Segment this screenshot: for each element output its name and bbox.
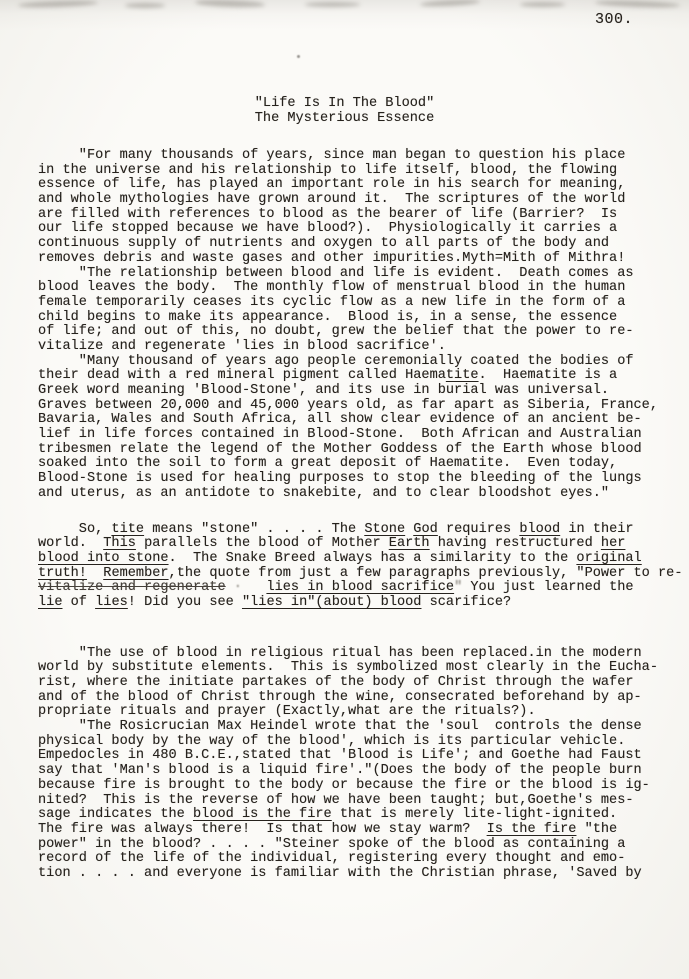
scan-smudge: [305, 2, 360, 7]
text-line: their dead with a red mineral pigment ca…: [38, 369, 682, 384]
text-line: nited? This is the reverse of how we hav…: [38, 794, 682, 809]
text-line: "Many thousand of years ago people cerem…: [38, 355, 682, 370]
text-line: and uterus, as an antidote to snakebite,…: [38, 487, 682, 502]
text-segment: essence of life, has played an important…: [38, 177, 625, 192]
text-line: "The use of blood in religious ritual ha…: [38, 647, 682, 662]
text-segment: parallels the blood of Mother: [136, 536, 389, 551]
text-line: power" in the blood? . . . . "Steiner sp…: [38, 838, 682, 853]
text-line: Empedocles in 480 B.C.E.,stated that 'Bl…: [38, 749, 682, 764]
text-segment: requires: [438, 522, 520, 537]
text-segment: Greek word meaning 'Blood-Stone', and it…: [38, 383, 609, 398]
text-segment: of: [62, 595, 95, 610]
text-segment: continuous supply of nutrients and oxyge…: [38, 236, 609, 251]
text-segment: blood leaves the body. The monthly flow …: [38, 280, 625, 295]
text-segment: of life; and out of this, no doubt, grew…: [38, 324, 634, 339]
underlined-text: blood: [519, 522, 560, 537]
document-subtitle: The Mysterious Essence: [0, 111, 689, 126]
text-line: blood into stone. The Snake Breed always…: [38, 552, 682, 567]
underlined-text: blood into stone: [38, 551, 169, 566]
text-segment: scarifice?: [421, 595, 511, 610]
underlined-text: original: [576, 551, 641, 566]
text-line: in the universe and his relationship to …: [38, 164, 682, 179]
text-segment: [87, 566, 103, 581]
underlined-text: lie: [38, 595, 62, 610]
text-segment: and uterus, as an antidote to snakebite,…: [38, 486, 609, 501]
text-line: world by substitute elements. This is sy…: [38, 661, 682, 676]
underlined-text: Remember: [103, 566, 168, 581]
text-line: vitalize and regenerate · lies in blood …: [38, 581, 682, 596]
text-segment: that is merely lite-light-ignited.: [332, 807, 618, 822]
text-segment: soaked into the soil to form a great dep…: [38, 456, 617, 471]
text-line: "The relationship between blood and life…: [38, 267, 682, 282]
document-title: "Life Is In The Blood": [0, 96, 689, 111]
text-line: "For many thousands of years, since man …: [38, 149, 682, 164]
ink-speck: [297, 55, 300, 58]
text-line: Bavaria, Wales and South Africa, all sho…: [38, 413, 682, 428]
text-segment: "Many thousand of years ago people cerem…: [38, 354, 634, 369]
text-line: because fire is brought to the body or b…: [38, 779, 682, 794]
text-line: physical body by the way of the blood', …: [38, 735, 682, 750]
text-line: our life stopped because we have blood?)…: [38, 222, 682, 237]
text-line: removes debris and waste gases and other…: [38, 252, 682, 267]
title-block: "Life Is In The Blood" The Mysterious Es…: [0, 96, 689, 126]
text-segment: Bavaria, Wales and South Africa, all sho…: [38, 412, 642, 427]
smudged-text: ": [454, 580, 462, 595]
text-line: of life; and out of this, no doubt, grew…: [38, 325, 682, 340]
text-line: and of the blood of Christ through the w…: [38, 691, 682, 706]
text-line: So, tite means "stone" . . . . The Stone…: [38, 523, 682, 538]
document-body: "For many thousands of years, since man …: [38, 149, 682, 882]
text-line: Graves between 20,000 and 45,000 years o…: [38, 399, 682, 414]
text-segment: Graves between 20,000 and 45,000 years o…: [38, 398, 658, 413]
text-segment: world by substitute elements. This is sy…: [38, 660, 658, 675]
smudged-text: ·: [226, 580, 242, 595]
text-segment: So,: [38, 522, 111, 537]
underlined-text: lies: [95, 595, 128, 610]
paragraph: So, tite means "stone" . . . . The Stone…: [38, 523, 682, 611]
text-segment: The fire was always there! Is that how w…: [38, 822, 487, 837]
text-segment: record of the life of the individual, re…: [38, 851, 625, 866]
underlined-text: blood is the fire: [193, 807, 332, 822]
text-line: and whole mythologies have grown around …: [38, 193, 682, 208]
text-segment: ,the quote from just a few paragraphs pr…: [169, 566, 683, 581]
text-segment: "the: [576, 822, 617, 837]
paragraph: "The Rosicrucian Max Heindel wrote that …: [38, 720, 682, 882]
text-line: essence of life, has played an important…: [38, 178, 682, 193]
text-segment: removes debris and waste gases and other…: [38, 251, 625, 266]
text-segment: in their: [560, 522, 633, 537]
struck-text: vitalize and regenerate: [38, 580, 226, 595]
underlined-text: truth!: [38, 566, 87, 581]
text-line: propriate rituals and prayer (Exactly,wh…: [38, 705, 682, 720]
text-line: record of the life of the individual, re…: [38, 852, 682, 867]
text-segment: [242, 580, 266, 595]
text-segment: because fire is brought to the body or b…: [38, 778, 650, 793]
underlined-text: tite: [111, 522, 144, 537]
text-segment: Blood-Stone is used for healing purposes…: [38, 471, 642, 486]
text-segment: their dead with a red mineral pigment ca…: [38, 368, 446, 383]
text-segment: nited? This is the reverse of how we hav…: [38, 793, 634, 808]
underlined-text: "lies in"(about) blood: [242, 595, 421, 610]
text-segment: ! Did you see: [128, 595, 242, 610]
text-segment: power" in the blood? . . . . "Steiner sp…: [38, 837, 625, 852]
underlined-text: tite: [446, 368, 479, 383]
text-line: Blood-Stone is used for healing purposes…: [38, 472, 682, 487]
underlined-text: Earth: [389, 536, 430, 551]
text-segment: having restructured: [430, 536, 601, 551]
text-segment: rist, where the initiate partakes of the…: [38, 675, 634, 690]
paragraph: "Many thousand of years ago people cerem…: [38, 355, 682, 502]
text-segment: . The Snake Breed always has a similarit…: [169, 551, 577, 566]
text-line: are filled with references to blood as t…: [38, 208, 682, 223]
text-line: tion . . . . and everyone is familiar wi…: [38, 867, 682, 882]
text-line: female temporarily ceases its cyclic flo…: [38, 296, 682, 311]
underlined-text: her: [601, 536, 625, 551]
text-line: say that 'Man's blood is a liquid fire'.…: [38, 764, 682, 779]
text-segment: means "stone" . . . . The: [144, 522, 364, 537]
text-segment: Empedocles in 480 B.C.E.,stated that 'Bl…: [38, 748, 642, 763]
text-segment: sage indicates the: [38, 807, 193, 822]
text-line: rist, where the initiate partakes of the…: [38, 676, 682, 691]
text-line: blood leaves the body. The monthly flow …: [38, 281, 682, 296]
text-segment: "The relationship between blood and life…: [38, 266, 634, 281]
text-line: lief in life forces contained in Blood-S…: [38, 428, 682, 443]
text-segment: and whole mythologies have grown around …: [38, 192, 625, 207]
text-segment: lief in life forces contained in Blood-S…: [38, 427, 642, 442]
text-segment: tribesmen relate the legend of the Mothe…: [38, 442, 642, 457]
text-segment: "The use of blood in religious ritual ha…: [38, 646, 642, 661]
text-segment: female temporarily ceases its cyclic flo…: [38, 295, 625, 310]
text-line: continuous supply of nutrients and oxyge…: [38, 237, 682, 252]
underlined-text: God: [413, 522, 437, 537]
text-line: world. This parallels the blood of Mothe…: [38, 537, 682, 552]
text-segment: propriate rituals and prayer (Exactly,wh…: [38, 704, 536, 719]
paragraph: "For many thousands of years, since man …: [38, 149, 682, 267]
page-number: 300.: [595, 11, 633, 28]
underlined-text: Stone: [364, 522, 405, 537]
text-segment: vitalize and regenerate 'lies in blood s…: [38, 339, 446, 354]
scan-smudge: [520, 2, 565, 7]
text-segment: child begins to make its appearance. Blo…: [38, 310, 617, 325]
text-segment: "For many thousands of years, since man …: [38, 148, 625, 163]
scanned-page: { "page": { "number": "300." }, "title":…: [0, 0, 689, 979]
text-line: vitalize and regenerate 'lies in blood s…: [38, 340, 682, 355]
text-line: child begins to make its appearance. Blo…: [38, 311, 682, 326]
text-segment: in the universe and his relationship to …: [38, 163, 617, 178]
text-segment: You just learned the: [462, 580, 633, 595]
underlined-text: This: [103, 536, 136, 551]
text-line: soaked into the soil to form a great dep…: [38, 457, 682, 472]
text-line: tribesmen relate the legend of the Mothe…: [38, 443, 682, 458]
text-line: Greek word meaning 'Blood-Stone', and it…: [38, 384, 682, 399]
text-line: sage indicates the blood is the fire tha…: [38, 808, 682, 823]
underlined-text: lies in blood sacrifice: [266, 580, 454, 595]
text-segment: are filled with references to blood as t…: [38, 207, 617, 222]
text-segment: "The Rosicrucian Max Heindel wrote that …: [38, 719, 642, 734]
text-segment: our life stopped because we have blood?)…: [38, 221, 617, 236]
text-line: lie of lies! Did you see "lies in"(about…: [38, 596, 682, 611]
text-segment: world.: [38, 536, 103, 551]
text-segment: . Haematite is a: [479, 368, 618, 383]
paragraph: "The use of blood in religious ritual ha…: [38, 647, 682, 720]
text-segment: say that 'Man's blood is a liquid fire'.…: [38, 763, 642, 778]
underlined-text: Is the fire: [487, 822, 577, 837]
text-line: The fire was always there! Is that how w…: [38, 823, 682, 838]
paragraph: "The relationship between blood and life…: [38, 267, 682, 355]
text-segment: and of the blood of Christ through the w…: [38, 690, 642, 705]
text-segment: physical body by the way of the blood', …: [38, 734, 625, 749]
text-segment: tion . . . . and everyone is familiar wi…: [38, 866, 642, 881]
text-line: "The Rosicrucian Max Heindel wrote that …: [38, 720, 682, 735]
scan-smudge: [125, 3, 165, 8]
